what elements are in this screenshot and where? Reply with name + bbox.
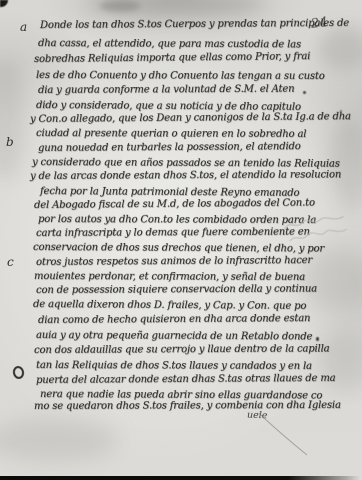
manuscript-line: dia y guarda conforme a la voluntad de S… bbox=[38, 84, 295, 96]
manuscript-line: auia y ay otra pequeña guarnecida de un … bbox=[36, 330, 312, 342]
manuscript-line: con de possession siquiere conservacion … bbox=[36, 284, 317, 296]
manuscript-line: sobredhas Reliquias importa que ellas co… bbox=[34, 51, 310, 65]
manuscript-line: tan las Reliquias de dhos S.tos llaues y… bbox=[36, 360, 312, 372]
ink-speck bbox=[316, 337, 319, 341]
faint-margin-note bbox=[281, 211, 358, 253]
manuscript-line: con dos aldauillas que su cerrojo y llau… bbox=[34, 343, 329, 356]
manuscript-line: fecha por la Junta patrimonial deste Rey… bbox=[40, 186, 299, 199]
paper-stain bbox=[318, 26, 362, 70]
manuscript-line: carta infrascripta y lo demas que fuere … bbox=[36, 227, 310, 239]
manuscript-line: dian como de hecho quisieron en dha arca… bbox=[38, 313, 310, 326]
manuscript-line: guna nouedad en turbarles la possession,… bbox=[38, 141, 301, 154]
manuscript-line: dha cassa, el attendido, que para mas cu… bbox=[38, 38, 301, 50]
paper-stain bbox=[100, 0, 140, 12]
manuscript-line: de aquella dixeron dhos D. frailes, y Ca… bbox=[33, 299, 306, 312]
margin-letter-c: c bbox=[7, 255, 14, 269]
manuscript-line: puerta del alcazar donde estan dhas S.ta… bbox=[36, 373, 336, 386]
manuscript-line: mouientes perdonar, et confirmacion, y s… bbox=[34, 271, 305, 283]
scan-bottom-edge bbox=[0, 476, 360, 480]
ink-speck bbox=[303, 91, 306, 94]
manuscript-line: y de las arcas donde estan dhos S.tos, e… bbox=[30, 169, 341, 182]
pen-flourish bbox=[251, 409, 321, 461]
manuscript-line: Donde los tan dhos S.tos Cuerpos y prend… bbox=[40, 18, 349, 31]
paper-stain bbox=[0, 60, 26, 180]
manuscript-line: ciudad al presente querian o quieren en … bbox=[36, 128, 306, 140]
scan-corner-mark bbox=[0, 0, 8, 7]
margin-letter-b: b bbox=[6, 135, 14, 149]
manuscript-line: conservacion de dhos sus drechos que tie… bbox=[33, 242, 324, 255]
manuscript-line: les de dho Conuento y dho Conuento las t… bbox=[36, 70, 325, 82]
manuscript-line: por los autos ya dho Con.to les combidad… bbox=[38, 214, 316, 226]
margin-letter-a: a bbox=[20, 20, 27, 34]
manuscript-line: y Con.o allegado, que los Dean y canonig… bbox=[30, 111, 351, 125]
manuscript-line: del Abogado fiscal de su M.d, de los abo… bbox=[34, 198, 315, 211]
margin-ring-mark bbox=[12, 365, 25, 380]
manuscript-line: y considerado que en años passados se an… bbox=[32, 157, 340, 170]
manuscript-line: dido y considerado, que a su noticia y d… bbox=[36, 100, 301, 113]
paper-stain bbox=[0, 418, 118, 462]
paper-stain bbox=[85, 0, 265, 16]
manuscript-page: 24 a b c Donde los tan dhos S.tos Cuerpo… bbox=[0, 0, 362, 480]
manuscript-line: otros justos respetos sus animos de lo i… bbox=[36, 255, 312, 268]
